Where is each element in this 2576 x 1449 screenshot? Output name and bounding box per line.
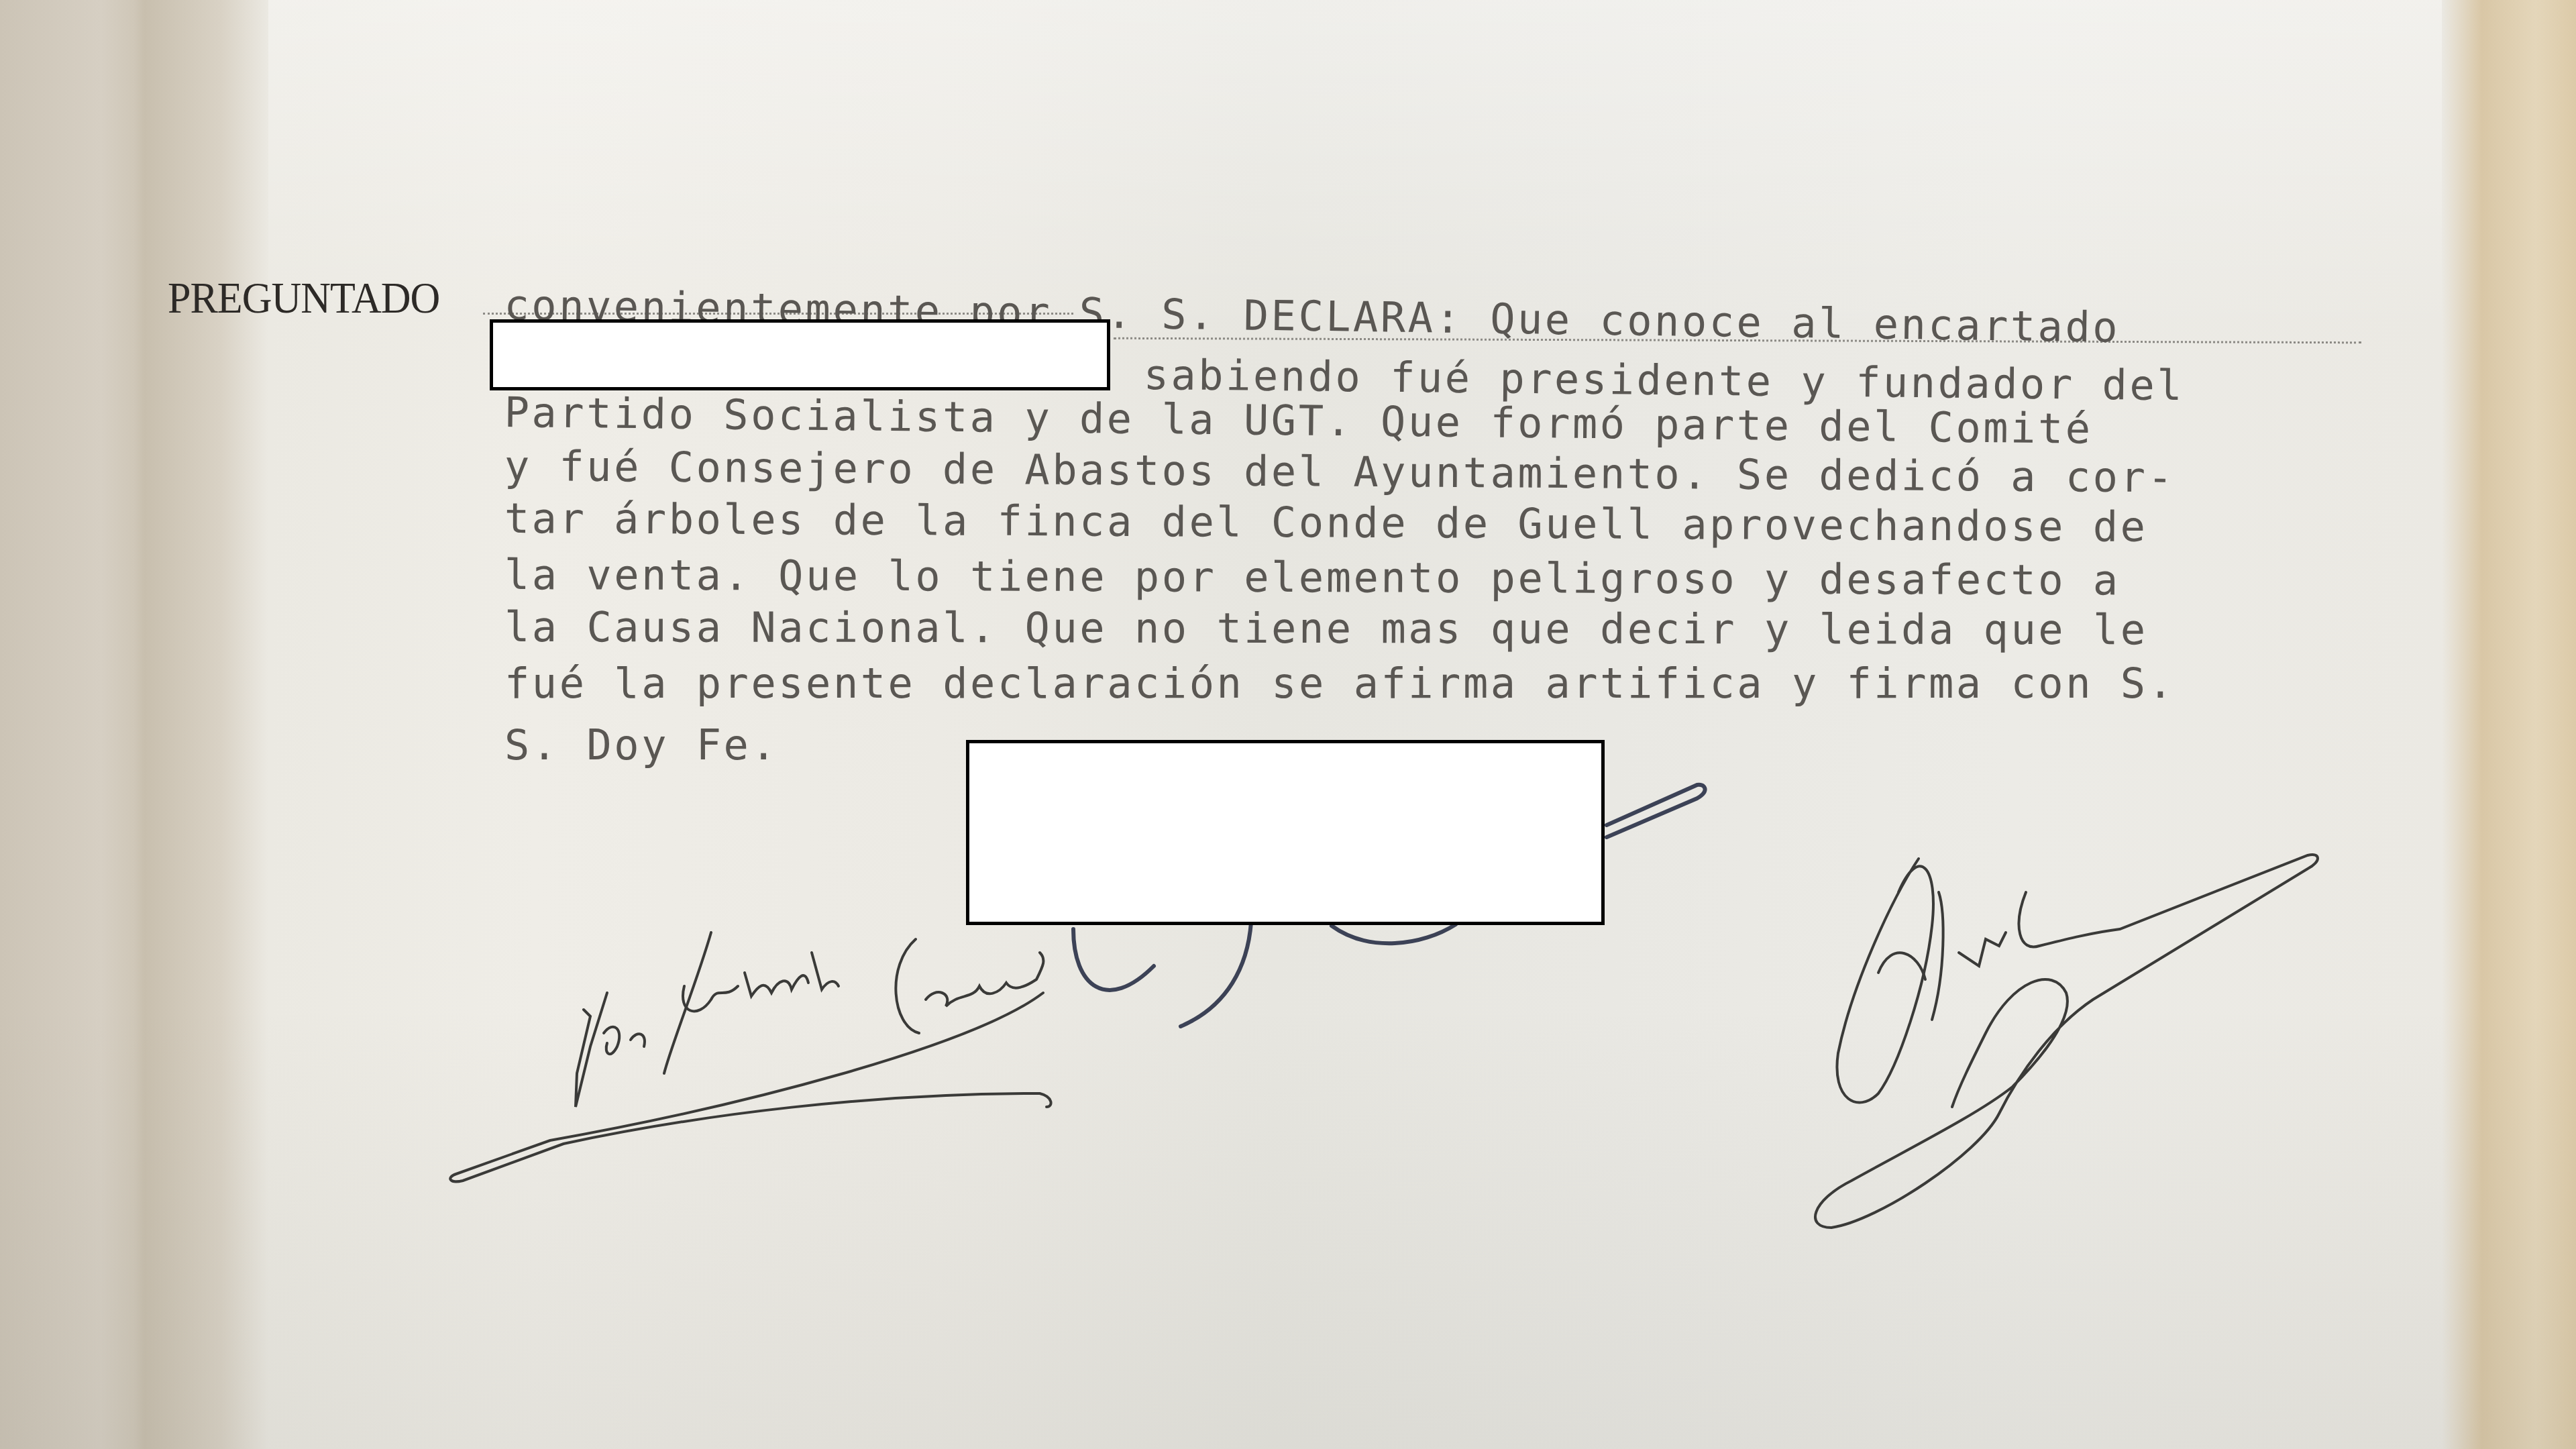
paper-shadow (0, 1006, 2576, 1449)
typed-line-5: tar árboles de la finca del Conde de Gue… (504, 498, 2148, 548)
typed-line-6: la venta. Que lo tiene por elemento peli… (504, 554, 2121, 601)
typed-line-9: S. Doy Fe. (504, 724, 778, 766)
typed-line-8: fué la presente declaración se afirma ar… (504, 663, 2175, 704)
preguntado-label: PREGUNTADO (168, 274, 439, 324)
redacted-name (490, 319, 1110, 390)
redacted-stamp (966, 740, 1605, 925)
typed-line-4: y fué Consejero de Abastos del Ayuntamie… (504, 445, 2176, 498)
typed-line-7: la Causa Nacional. Que no tiene mas que … (504, 606, 2148, 651)
